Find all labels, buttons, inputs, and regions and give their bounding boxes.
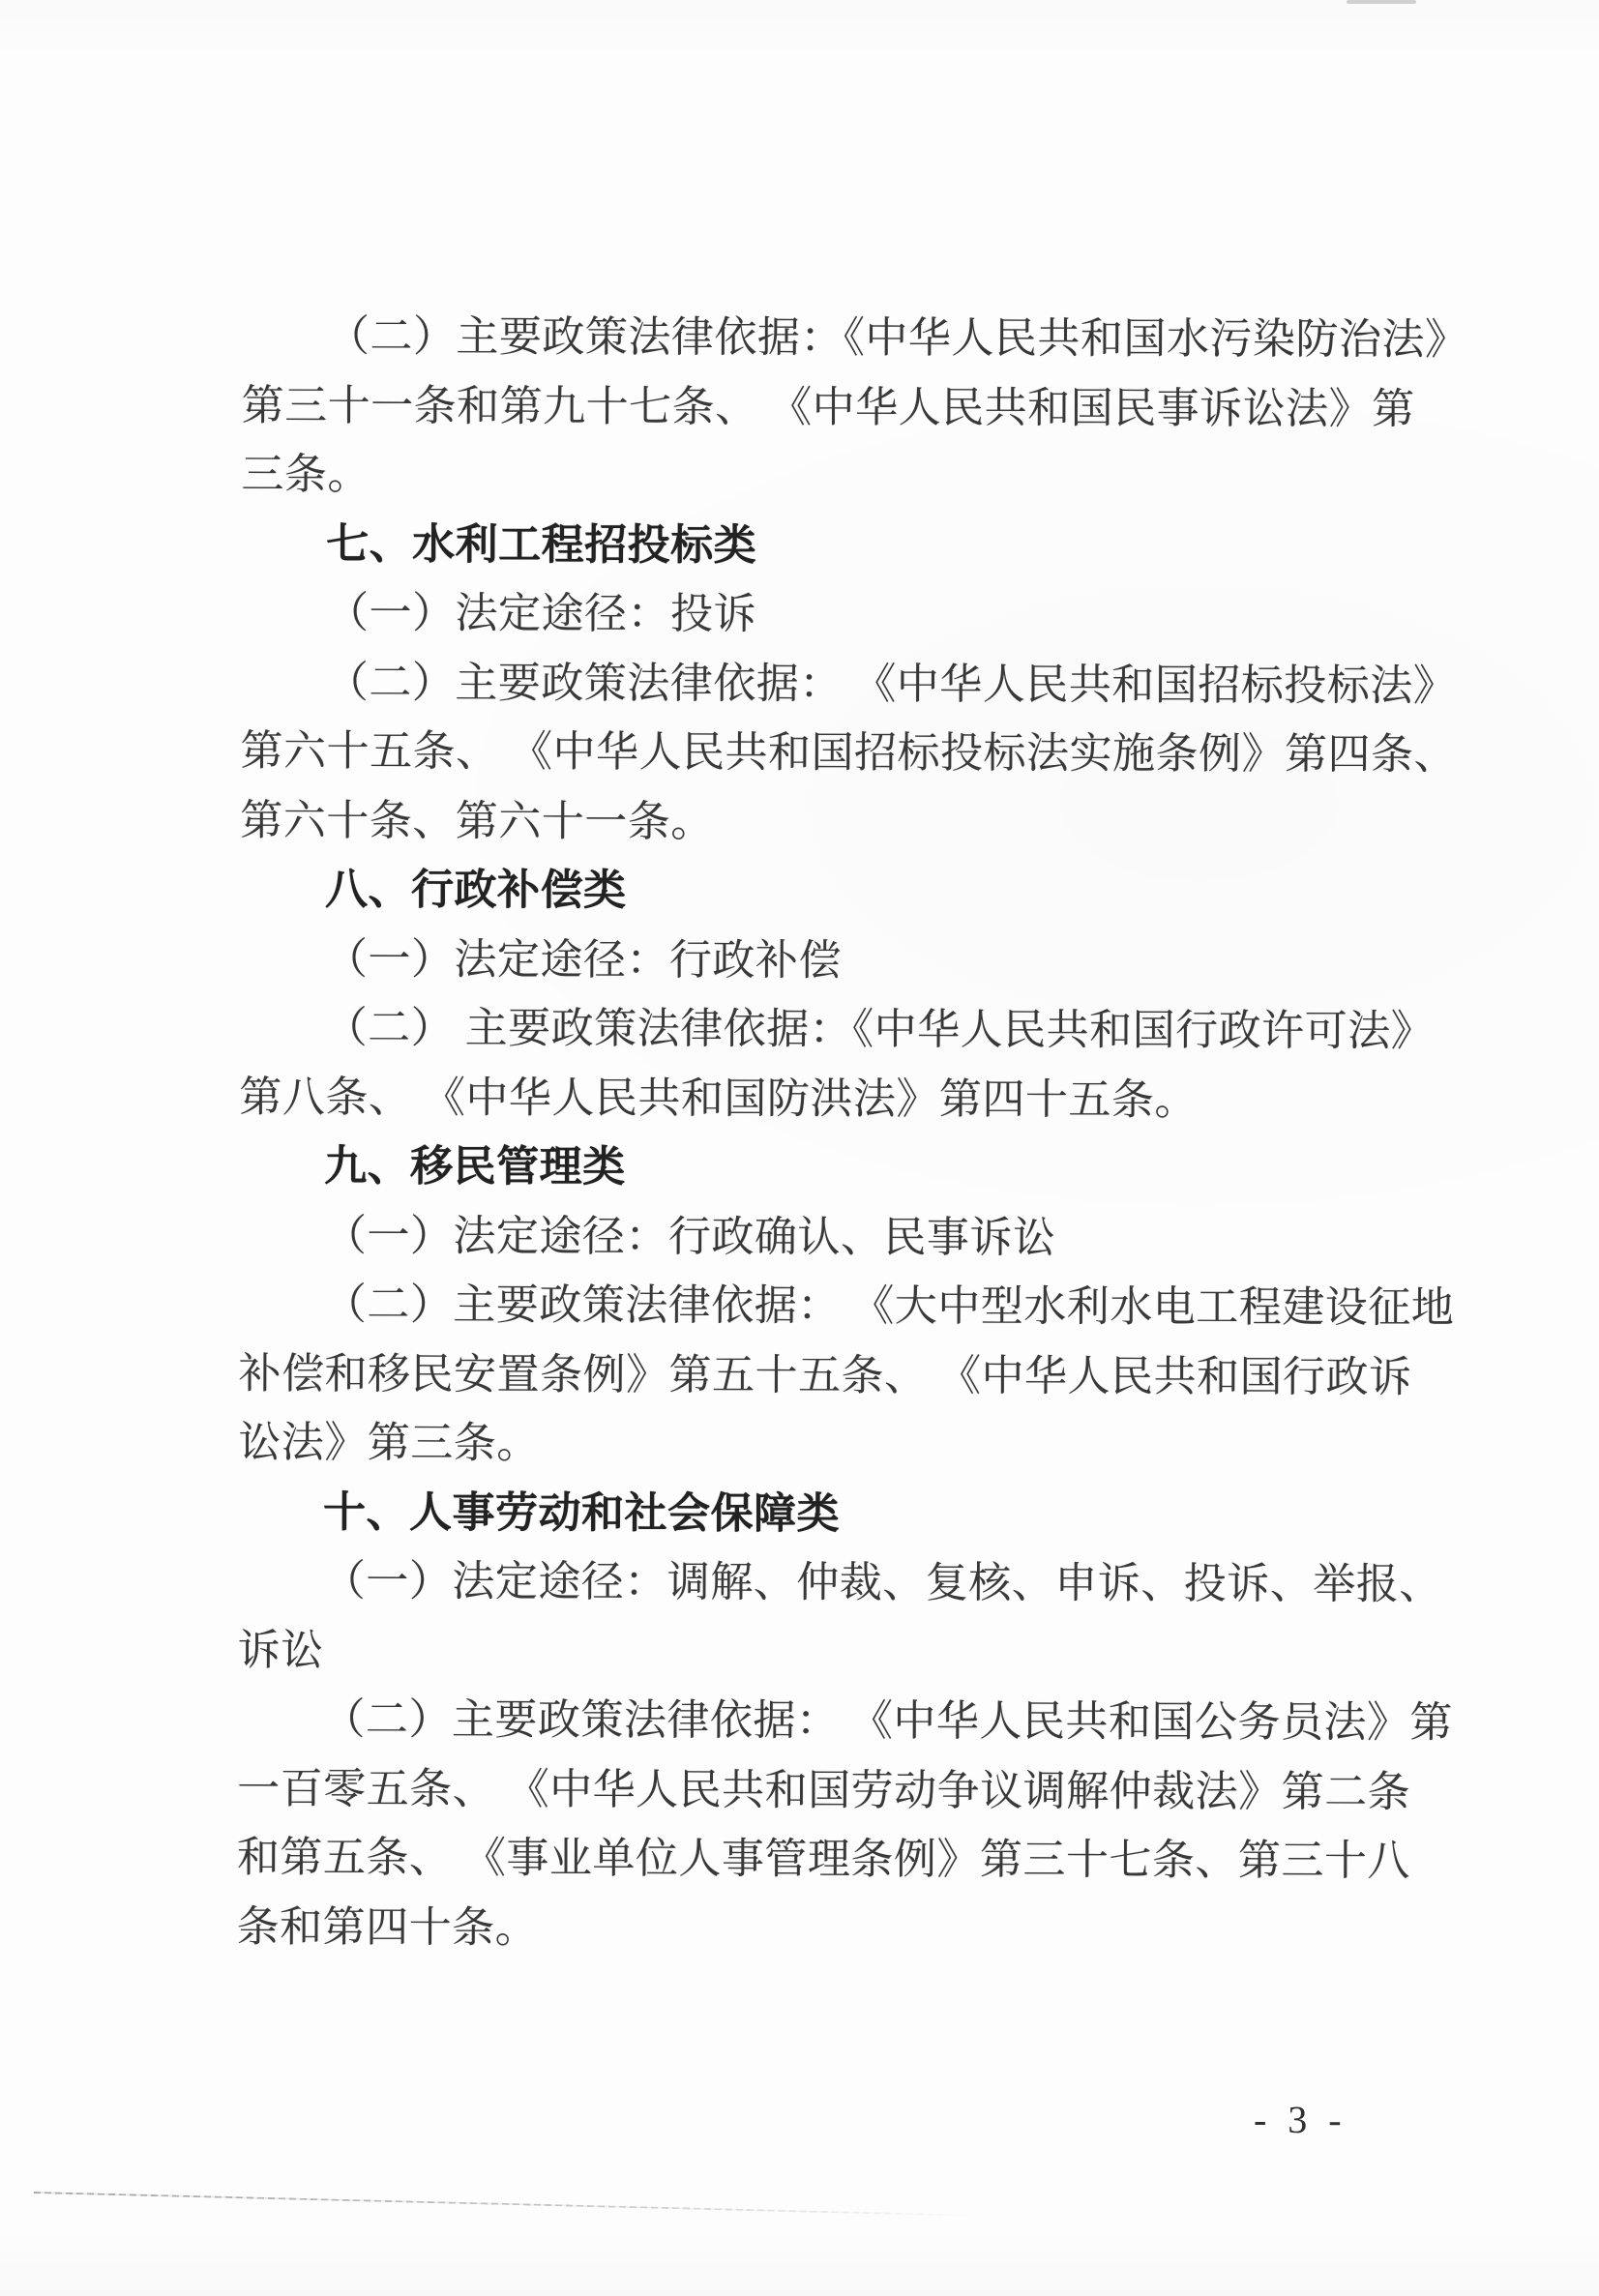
document-line: 补偿和移民安置条例》第五十五条、 《中华人民共和国行政诉 [238,1339,1384,1411]
document-line: （二）主要政策法律依据：《中华人民共和国水污染防治法》 [242,302,1388,374]
scanned-page: （二）主要政策法律依据：《中华人民共和国水污染防治法》第三十一条和第九十七条、 … [0,0,1599,2296]
section-heading: 八、行政补偿类 [240,855,1386,927]
document-line: 第六十五条、 《中华人民共和国招标投标法实施条例》第四条、 [240,717,1386,789]
document-line: 一百零五条、 《中华人民共和国劳动争议调解仲裁法》第二条 [237,1753,1383,1826]
document-line: 诉讼 [238,1615,1384,1688]
scan-artifact-bottom-line [34,2192,977,2217]
document-line: （一）法定途径：投诉 [241,578,1387,651]
document-line: 和第五条、 《事业单位人事管理条例》第三十七条、第三十八 [237,1823,1383,1896]
document-line: 讼法》第三条。 [238,1408,1384,1481]
document-line: 条和第四十条。 [237,1892,1383,1964]
scan-artifact-top-right [1347,0,1416,4]
section-heading: 九、移民管理类 [239,1132,1385,1204]
document-line: （二）主要政策法律依据： 《中华人民共和国公务员法》第 [237,1685,1383,1757]
document-line: （一）法定途径：调解、仲裁、复核、申诉、投诉、举报、 [238,1546,1384,1619]
document-line: 第八条、 《中华人民共和国防洪法》第四十五条。 [239,1062,1385,1134]
document-line: （二）主要政策法律依据： 《大中型水利水电工程建设征地 [239,1270,1385,1342]
document-lines: （二）主要政策法律依据：《中华人民共和国水污染防治法》第三十一条和第九十七条、 … [237,302,1388,1965]
section-heading: 七、水利工程招投标类 [241,509,1387,581]
document-line: 三条。 [241,440,1387,513]
document-line: （一）法定途径：行政补偿 [240,924,1386,996]
document-line: （二）主要政策法律依据： 《中华人民共和国招标投标法》 [241,647,1387,720]
document-line: （一）法定途径：行政确认、民事诉讼 [239,1200,1385,1273]
section-heading: 十、人事劳动和社会保障类 [238,1477,1384,1549]
page-number: - 3 - [1254,2097,1347,2143]
document-line: 第六十条、第六十一条。 [240,785,1386,858]
document-line: （二） 主要政策法律依据：《中华人民共和国行政许可法》 [240,993,1386,1066]
document-line: 第三十一条和第九十七条、 《中华人民共和国民事诉讼法》第 [242,370,1388,443]
